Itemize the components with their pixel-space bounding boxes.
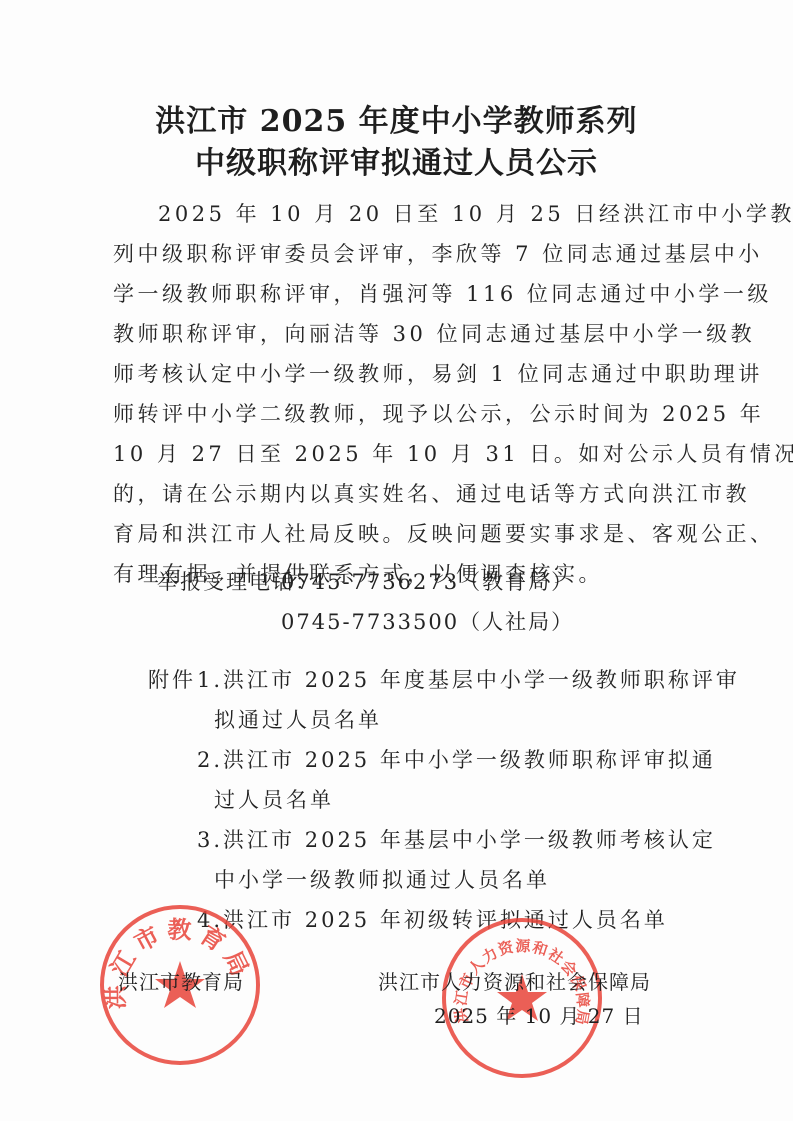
attachment-item-2-cont[interactable]: 过人员名单 <box>214 784 334 814</box>
phone-dept: （人社局） <box>459 610 574 634</box>
body-line: 2025 年 10 月 20 日至 10 月 25 日经洪江市中小学教师系 <box>158 204 738 225</box>
body-line: 教师职称评审，向丽洁等 30 位同志通过基层中小学一级教 <box>113 324 693 345</box>
phone-number: 0745-7733500 <box>281 610 459 634</box>
attachment-item-2[interactable]: 2.洪江市 2025 年中小学一级教师职称评审拟通 <box>197 744 716 774</box>
body-line: 师转评中小学二级教师，现予以公示，公示时间为 2025 年 <box>113 404 693 425</box>
signature-date: 2025 年 10 月 27 日 <box>434 1000 644 1029</box>
attachment-number: 3. <box>197 828 223 852</box>
hotline-phone-2[interactable]: 0745-7733500（人社局） <box>281 606 574 636</box>
body-line: 师考核认定中小学一级教师，易剑 1 位同志通过中职助理讲 <box>113 364 693 385</box>
phone-dept: （教育局） <box>459 570 574 594</box>
attachment-title: 洪江市 2025 年中小学一级教师职称评审拟通 <box>223 748 716 772</box>
title-line-2: 中级职称评审拟通过人员公示 <box>0 138 793 182</box>
seal-star-icon: 洪江市人力资源和社会保障局 <box>446 922 598 1074</box>
body-line: 的，请在公示期内以真实姓名、通过电话等方式向洪江市教 <box>113 484 693 505</box>
attachment-number: 2. <box>197 748 223 772</box>
attachment-item-3[interactable]: 3.洪江市 2025 年基层中小学一级教师考核认定 <box>197 824 716 854</box>
attachments-label: 附件 <box>148 664 196 694</box>
hotline-phone-1[interactable]: 0745-7736273（教育局） <box>281 566 574 596</box>
attachment-item-1[interactable]: 1.洪江市 2025 年度基层中小学一级教师职称评审 <box>197 664 740 694</box>
phone-number: 0745-7736273 <box>281 570 459 594</box>
body-line: 列中级职称评审委员会评审，李欣等 7 位同志通过基层中小 <box>113 244 693 265</box>
body-line: 学一级教师职称评审，肖强河等 116 位同志通过中小学一级 <box>113 284 693 305</box>
attachment-title: 洪江市 2025 年度基层中小学一级教师职称评审 <box>223 668 740 692</box>
title-line-1: 洪江市 2025 年度中小学教师系列 <box>0 96 793 140</box>
attachment-item-1-cont[interactable]: 拟通过人员名单 <box>214 704 382 734</box>
attachment-item-3-cont[interactable]: 中小学一级教师拟通过人员名单 <box>214 864 550 894</box>
body-line: 育局和洪江市人社局反映。反映问题要实事求是、客观公正、 <box>113 524 693 545</box>
attachment-title: 洪江市 2025 年基层中小学一级教师考核认定 <box>223 828 716 852</box>
attachment-number: 1. <box>197 668 223 692</box>
document-page: 洪江市 2025 年度中小学教师系列 中级职称评审拟通过人员公示 2025 年 … <box>0 0 793 1121</box>
hr-bureau-seal: 洪江市人力资源和社会保障局 <box>442 918 602 1078</box>
left-signature-org: 洪江市教育局 <box>118 966 244 995</box>
body-line: 10 月 27 日至 2025 年 10 月 31 日。如对公示人员有情况反映 <box>113 444 693 465</box>
right-signature-org: 洪江市人力资源和社会保障局 <box>378 966 651 995</box>
